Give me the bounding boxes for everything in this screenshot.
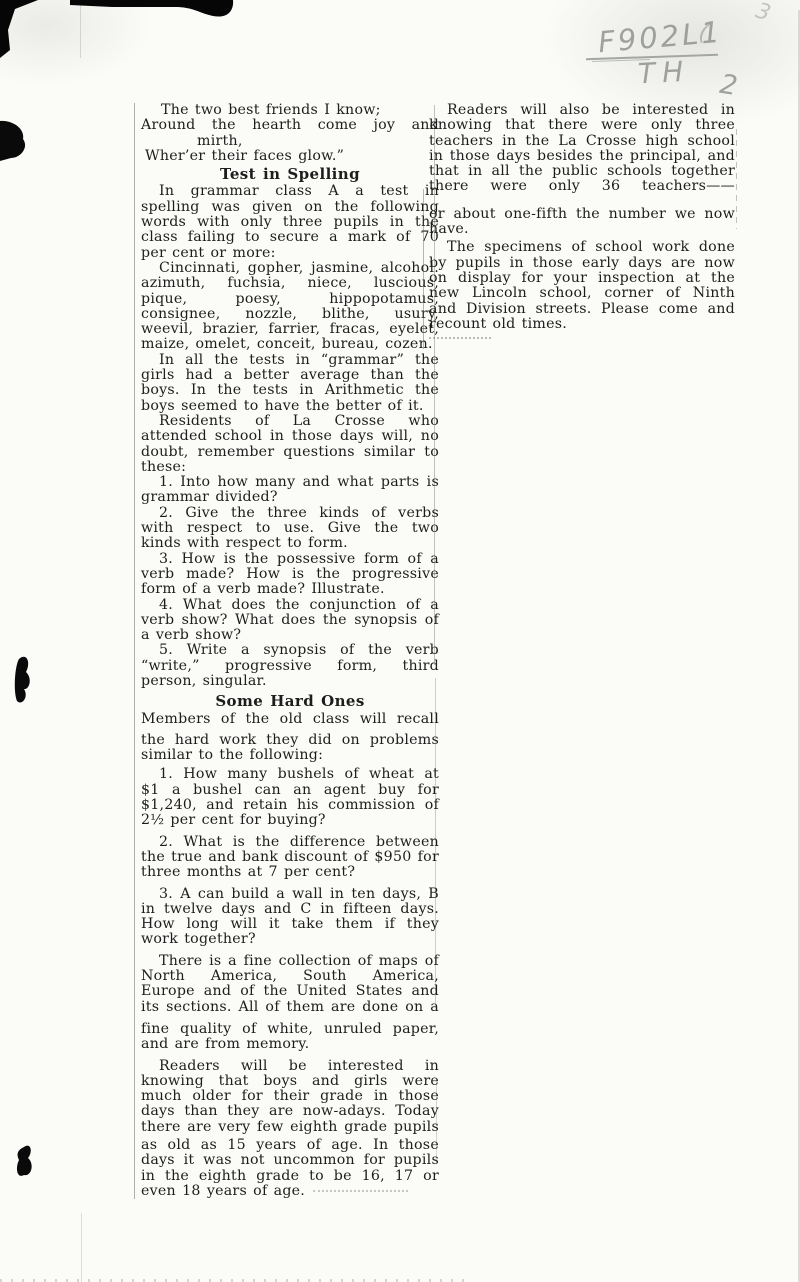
column-rule-segment [435,678,436,1008]
paragraph-word-list: Cincinnati, gopher, jasmine, alcohol. az… [141,261,439,353]
column-rule-segment-dashed [736,129,737,229]
scan-blob-top-bar [70,0,233,17]
paragraph-hard-work: the hard work they did on problems simil… [141,733,439,764]
section-heading-test-in-spelling: Test in Spelling [141,167,439,182]
scan-blob-top-left-corner [0,0,38,58]
paragraph-one-fifth: or about one-fifth the number we now hav… [429,207,735,238]
corner-mark-annotation: 3 [752,0,773,27]
poem-line: The two best friends I know; [141,103,439,118]
question-item-5: 5. Write a synopsis of the verb “write,”… [141,643,439,689]
paragraph-readers-ages-end: as old as 15 years of age. In those days… [141,1138,439,1199]
paragraph-members: Members of the old class will recall [141,712,439,727]
paragraph-paper-quality: fine quality of white, unruled paper, an… [141,1022,439,1053]
paragraph-test-results: In all the tests in “grammar” the girls … [141,353,439,414]
column-rule-segment [423,189,424,349]
paragraph-readers-ages: Readers will be interested in knowing th… [141,1059,439,1135]
ink-blob-left-1 [0,121,25,161]
question-item-1: 1. Into how many and what parts is gramm… [141,475,439,506]
paragraph-spelling-intro: In grammar class A a test in spelling wa… [141,184,439,260]
problem-item-2: 2. What is the difference between the tr… [141,835,439,881]
question-item-3: 3. How is the possessive form of a verb … [141,552,439,598]
problem-item-3: 3. A can build a wall in ten days, B in … [141,887,439,948]
initials-annotation: TH [637,55,691,91]
paper-crease-bottom [81,1213,82,1282]
clipping-column-right: Readers will also be interested in knowi… [429,103,735,339]
clipping-column-left: The two best friends I know; Around the … [134,103,439,1199]
poem-line: Around the hearth come joy and [141,118,439,133]
paragraph-maps: There is a fine collection of maps of No… [141,954,439,1015]
question-item-2: 2. Give the three kinds of verbs with re… [141,506,439,552]
column-rule-segment [436,1078,437,1163]
paragraph-teachers: Readers will also be interested in knowi… [429,103,735,195]
page-number-annotation: 2 [718,69,740,102]
poem-line: mirth, [141,134,439,149]
ink-blob-left-2 [15,657,30,703]
problem-item-1: 1. How many bushels of wheat at $1 a bus… [141,767,439,828]
paper-crease-top [80,0,81,58]
end-dash-rule [429,337,491,339]
poem-line: Wher’er their faces glow.” [141,149,439,164]
question-item-4: 4. What does the conjunction of a verb s… [141,598,439,644]
paper-smudge-top-left [0,0,150,85]
section-heading-some-hard-ones: Some Hard Ones [141,694,439,709]
paragraph-specimens: The specimens of school work done by pup… [429,240,735,332]
paragraph-residents: Residents of La Crosse who attended scho… [141,414,439,475]
ink-blob-left-3 [17,1146,32,1176]
